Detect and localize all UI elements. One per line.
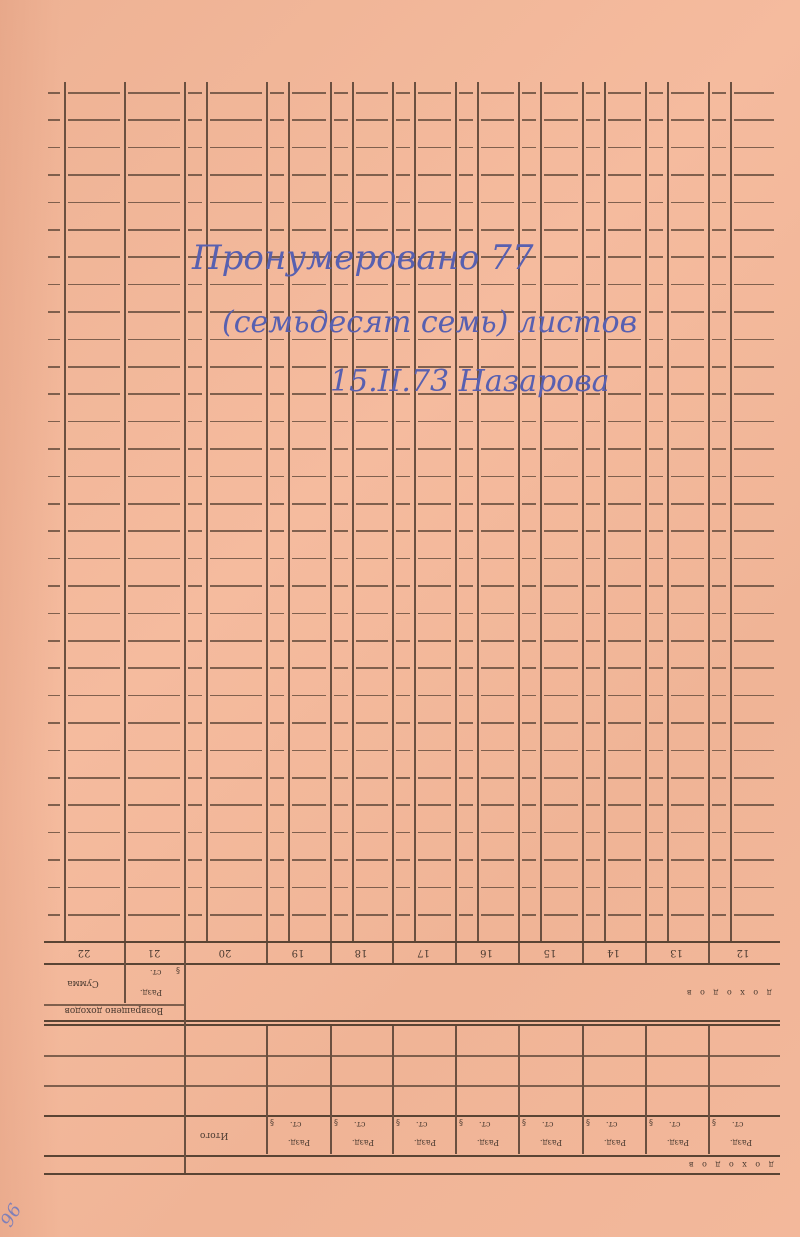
grid-row-line [210, 695, 262, 697]
column-number: 12 [708, 942, 778, 962]
grid-row-line [334, 119, 348, 121]
grid-row-line [128, 119, 180, 121]
grid-row-line [734, 366, 774, 368]
grid-row-line [68, 722, 120, 724]
paragraph-label: § [176, 966, 180, 975]
grid-row-line [544, 119, 578, 121]
grid-row-line [128, 722, 180, 724]
grid-row-line [68, 667, 120, 669]
grid-row-line [481, 585, 514, 587]
grid-row-line [270, 667, 284, 669]
grid-row-line [712, 585, 726, 587]
grid-row-line [68, 887, 120, 889]
grid-row-line [586, 256, 600, 258]
grid-row-line [128, 613, 180, 615]
grid-row-line [586, 667, 600, 669]
grid-row-line [334, 174, 348, 176]
grid-vertical-line [540, 82, 542, 942]
grid-row-line [270, 147, 284, 149]
paragraph-cell-label: § [649, 1118, 653, 1127]
grid-row-line [649, 722, 663, 724]
grid-row-line [608, 558, 641, 560]
grid-row-line [544, 887, 578, 889]
grid-row-line [671, 92, 704, 94]
grid-row-line [292, 832, 326, 834]
header-rule [44, 963, 780, 965]
grid-row-line [356, 530, 388, 532]
grid-row-line [481, 421, 514, 423]
grid-row-line [270, 804, 284, 806]
grid-row-line [396, 92, 410, 94]
grid-row-line [481, 695, 514, 697]
grid-vertical-line [604, 82, 606, 942]
grid-row-line [522, 585, 536, 587]
grid-row-line [48, 777, 60, 779]
grid-row-line [210, 393, 262, 395]
grid-row-line [712, 202, 726, 204]
grid-row-line [292, 147, 326, 149]
grid-row-line [334, 585, 348, 587]
grid-row-line [292, 229, 326, 231]
grid-row-line [671, 640, 704, 642]
grid-row-line [270, 119, 284, 121]
grid-row-line [292, 503, 326, 505]
grid-row-line [418, 558, 451, 560]
grid-row-line [128, 421, 180, 423]
grid-row-line [649, 750, 663, 752]
grid-row-line [649, 311, 663, 313]
grid-row-line [270, 914, 284, 916]
grid-row-line [270, 448, 284, 450]
grid-row-line [522, 914, 536, 916]
column-number: 13 [645, 942, 708, 962]
grid-row-line [608, 92, 641, 94]
grid-row-line [608, 859, 641, 861]
grid-row-line [188, 119, 202, 121]
grid-row-line [459, 558, 473, 560]
grid-row-line [522, 476, 536, 478]
header-divider [266, 1026, 268, 1154]
grid-row-line [418, 695, 451, 697]
grid-row-line [481, 613, 514, 615]
grid-row-line [334, 202, 348, 204]
grid-row-line [671, 147, 704, 149]
grid-row-line [481, 667, 514, 669]
grid-row-line [712, 229, 726, 231]
grid-row-line [270, 558, 284, 560]
grid-vertical-line [708, 82, 710, 942]
grid-row-line [48, 859, 60, 861]
razd-cell-label: Разд. [730, 1138, 752, 1147]
grid-row-line [292, 476, 326, 478]
grid-row-line [292, 421, 326, 423]
grid-row-line [270, 229, 284, 231]
grid-row-line [128, 147, 180, 149]
grid-row-line [459, 859, 473, 861]
grid-row-line [68, 804, 120, 806]
grid-row-line [522, 887, 536, 889]
paragraph-cell-label: § [396, 1118, 400, 1127]
grid-row-line [270, 585, 284, 587]
grid-row-line [270, 859, 284, 861]
grid-row-line [586, 777, 600, 779]
grid-row-line [649, 421, 663, 423]
grid-row-line [586, 914, 600, 916]
grid-row-line [712, 147, 726, 149]
grid-row-line [68, 585, 120, 587]
grid-row-line [334, 558, 348, 560]
grid-row-line [712, 119, 726, 121]
grid-row-line [334, 859, 348, 861]
grid-row-line [128, 530, 180, 532]
st-cell-label: ст. [732, 1120, 743, 1129]
st-cell-label: ст. [479, 1120, 490, 1129]
grid-row-line [210, 585, 262, 587]
grid-row-line [522, 284, 536, 286]
grid-row-line [48, 448, 60, 450]
grid-row-line [712, 887, 726, 889]
grid-row-line [418, 832, 451, 834]
grid-row-line [292, 366, 326, 368]
grid-row-line [649, 256, 663, 258]
grid-row-line [356, 777, 388, 779]
grid-row-line [270, 722, 284, 724]
grid-row-line [48, 202, 60, 204]
grid-row-line [459, 503, 473, 505]
grid-row-line [544, 667, 578, 669]
grid-row-line [459, 695, 473, 697]
grid-row-line [356, 887, 388, 889]
grid-row-line [649, 284, 663, 286]
grid-row-line [188, 695, 202, 697]
grid-row-line [649, 147, 663, 149]
grid-row-line [128, 229, 180, 231]
grid-row-line [734, 339, 774, 341]
grid-row-line [292, 750, 326, 752]
grid-row-line [608, 393, 641, 395]
grid-row-line [671, 448, 704, 450]
grid-row-line [586, 92, 600, 94]
grid-row-line [128, 256, 180, 258]
grid-row-line [396, 229, 410, 231]
grid-row-line [418, 229, 451, 231]
grid-row-line [48, 722, 60, 724]
grid-row-line [188, 503, 202, 505]
grid-row-line [712, 530, 726, 532]
grid-row-line [649, 530, 663, 532]
grid-vertical-line [288, 82, 290, 942]
grid-row-line [712, 366, 726, 368]
grid-row-line [481, 530, 514, 532]
grid-row-line [418, 448, 451, 450]
grid-row-line [210, 558, 262, 560]
grid-row-line [48, 887, 60, 889]
grid-row-line [649, 393, 663, 395]
grid-vertical-line [477, 82, 479, 942]
grid-row-line [270, 284, 284, 286]
grid-row-line [396, 585, 410, 587]
grid-row-line [418, 147, 451, 149]
grid-row-line [48, 476, 60, 478]
grid-row-line [481, 640, 514, 642]
st-cell-label: ст. [542, 1120, 553, 1129]
grid-row-line [68, 393, 120, 395]
grid-row-line [128, 640, 180, 642]
grid-row-line [671, 804, 704, 806]
grid-row-line [210, 832, 262, 834]
grid-row-line [188, 366, 202, 368]
grid-row-line [649, 667, 663, 669]
grid-row-line [418, 421, 451, 423]
grid-row-line [128, 284, 180, 286]
grid-row-line [459, 722, 473, 724]
grid-row-line [188, 914, 202, 916]
grid-row-line [712, 613, 726, 615]
grid-row-line [188, 777, 202, 779]
handwriting-line-2: (семьдесят семь) листов [222, 305, 637, 340]
grid-vertical-line [330, 82, 332, 942]
handwriting-line-1: Пронумеровано 77 [192, 238, 534, 278]
grid-row-line [712, 804, 726, 806]
grid-row-line [270, 887, 284, 889]
grid-row-line [671, 311, 704, 313]
grid-row-line [608, 530, 641, 532]
grid-row-line [459, 667, 473, 669]
grid-row-line [334, 284, 348, 286]
grid-row-line [649, 119, 663, 121]
grid-row-line [586, 887, 600, 889]
grid-row-line [671, 530, 704, 532]
grid-row-line [608, 476, 641, 478]
grid-row-line [396, 859, 410, 861]
column-number: 21 [124, 942, 184, 962]
grid-vertical-line [266, 82, 268, 942]
header-rule [44, 1155, 780, 1157]
grid-row-line [396, 476, 410, 478]
grid-row-line [712, 558, 726, 560]
grid-row-line [396, 804, 410, 806]
grid-row-line [586, 476, 600, 478]
grid-row-line [734, 393, 774, 395]
grid-row-line [671, 695, 704, 697]
grid-row-line [356, 202, 388, 204]
grid-row-line [671, 284, 704, 286]
grid-row-line [128, 804, 180, 806]
grid-row-line [649, 476, 663, 478]
grid-row-line [334, 92, 348, 94]
header-rule [44, 1115, 780, 1117]
grid-vertical-line [124, 82, 126, 942]
grid-row-line [712, 284, 726, 286]
grid-row-line [671, 421, 704, 423]
grid-row-line [334, 695, 348, 697]
grid-row-line [128, 92, 180, 94]
razd-cell-label: Разд. [352, 1138, 374, 1147]
grid-row-line [712, 421, 726, 423]
grid-row-line [68, 476, 120, 478]
grid-row-line [210, 174, 262, 176]
grid-row-line [544, 558, 578, 560]
grid-row-line [356, 640, 388, 642]
grid-row-line [396, 914, 410, 916]
grid-row-line [334, 530, 348, 532]
grid-row-line [68, 421, 120, 423]
grid-row-line [396, 202, 410, 204]
grid-row-line [459, 804, 473, 806]
grid-row-line [270, 640, 284, 642]
paragraph-cell-label: § [459, 1118, 463, 1127]
grid-row-line [671, 887, 704, 889]
grid-row-line [608, 585, 641, 587]
grid-row-line [734, 147, 774, 149]
grid-row-line [522, 859, 536, 861]
grid-row-line [48, 92, 60, 94]
grid-row-line [734, 229, 774, 231]
grid-row-line [188, 174, 202, 176]
grid-row-line [396, 503, 410, 505]
grid-row-line [712, 750, 726, 752]
st-label: ст. [150, 968, 161, 977]
income-title: д о х о д о в [684, 988, 772, 997]
paragraph-cell-label: § [712, 1118, 716, 1127]
grid-row-line [522, 640, 536, 642]
grid-row-line [48, 558, 60, 560]
grid-row-line [128, 667, 180, 669]
grid-row-line [48, 530, 60, 532]
grid-row-line [459, 448, 473, 450]
grid-row-line [734, 914, 774, 916]
grid-row-line [210, 92, 262, 94]
grid-row-line [128, 503, 180, 505]
grid-row-line [459, 119, 473, 121]
grid-row-line [292, 119, 326, 121]
paragraph-cell-label: § [334, 1118, 338, 1127]
grid-row-line [608, 613, 641, 615]
grid-row-line [68, 613, 120, 615]
grid-row-line [334, 777, 348, 779]
grid-row-line [356, 174, 388, 176]
grid-row-line [608, 750, 641, 752]
grid-row-line [210, 503, 262, 505]
grid-row-line [48, 339, 60, 341]
column-number: 19 [266, 942, 330, 962]
grid-row-line [734, 202, 774, 204]
income-title-bottom: д о х о д о в [686, 1160, 774, 1169]
grid-row-line [292, 284, 326, 286]
grid-row-line [188, 530, 202, 532]
grid-row-line [544, 530, 578, 532]
grid-row-line [459, 476, 473, 478]
grid-row-line [128, 476, 180, 478]
grid-row-line [292, 667, 326, 669]
grid-row-line [270, 695, 284, 697]
grid-row-line [734, 476, 774, 478]
paragraph-cell-label: § [270, 1118, 274, 1127]
grid-row-line [48, 914, 60, 916]
grid-row-line [712, 859, 726, 861]
column-number: 22 [44, 942, 124, 962]
grid-row-line [459, 887, 473, 889]
grid-row-line [734, 613, 774, 615]
grid-vertical-line [414, 82, 416, 942]
grid-row-line [671, 585, 704, 587]
grid-row-line [128, 777, 180, 779]
grid-row-line [459, 777, 473, 779]
grid-row-line [270, 393, 284, 395]
grid-row-line [396, 448, 410, 450]
grid-row-line [459, 174, 473, 176]
grid-row-line [270, 476, 284, 478]
grid-row-line [68, 229, 120, 231]
grid-row-line [210, 366, 262, 368]
grid-row-line [188, 887, 202, 889]
grid-row-line [188, 311, 202, 313]
grid-row-line [68, 174, 120, 176]
grid-row-line [712, 667, 726, 669]
grid-row-line [292, 859, 326, 861]
grid-row-line [586, 421, 600, 423]
grid-row-line [48, 119, 60, 121]
grid-row-line [459, 421, 473, 423]
header-divider [184, 963, 186, 1173]
header-divider [392, 1026, 394, 1154]
grid-row-line [522, 667, 536, 669]
grid-row-line [128, 202, 180, 204]
grid-row-line [210, 914, 262, 916]
header-divider [645, 1026, 647, 1154]
grid-row-line [649, 914, 663, 916]
grid-row-line [68, 640, 120, 642]
header-divider [708, 1026, 710, 1154]
grid-row-line [270, 421, 284, 423]
grid-row-line [586, 202, 600, 204]
grid-row-line [396, 119, 410, 121]
grid-row-line [586, 229, 600, 231]
grid-row-line [48, 750, 60, 752]
grid-row-line [522, 750, 536, 752]
grid-vertical-line [184, 82, 186, 942]
grid-row-line [671, 476, 704, 478]
grid-row-line [586, 147, 600, 149]
grid-row-line [586, 750, 600, 752]
grid-vertical-line [352, 82, 354, 942]
grid-row-line [459, 750, 473, 752]
grid-row-line [522, 174, 536, 176]
paragraph-cell-label: § [586, 1118, 590, 1127]
grid-row-line [68, 202, 120, 204]
grid-row-line [712, 695, 726, 697]
grid-row-line [459, 147, 473, 149]
grid-row-line [356, 284, 388, 286]
grid-row-line [418, 777, 451, 779]
grid-row-line [608, 804, 641, 806]
grid-row-line [128, 174, 180, 176]
grid-row-line [188, 585, 202, 587]
grid-row-line [608, 777, 641, 779]
grid-row-line [671, 256, 704, 258]
grid-row-line [481, 229, 514, 231]
grid-row-line [712, 256, 726, 258]
grid-row-line [128, 914, 180, 916]
grid-row-line [734, 832, 774, 834]
grid-row-line [68, 695, 120, 697]
grid-row-line [418, 530, 451, 532]
grid-row-line [128, 311, 180, 313]
grid-row-line [459, 832, 473, 834]
grid-row-line [396, 695, 410, 697]
grid-row-line [586, 530, 600, 532]
grid-vertical-line [206, 82, 208, 942]
